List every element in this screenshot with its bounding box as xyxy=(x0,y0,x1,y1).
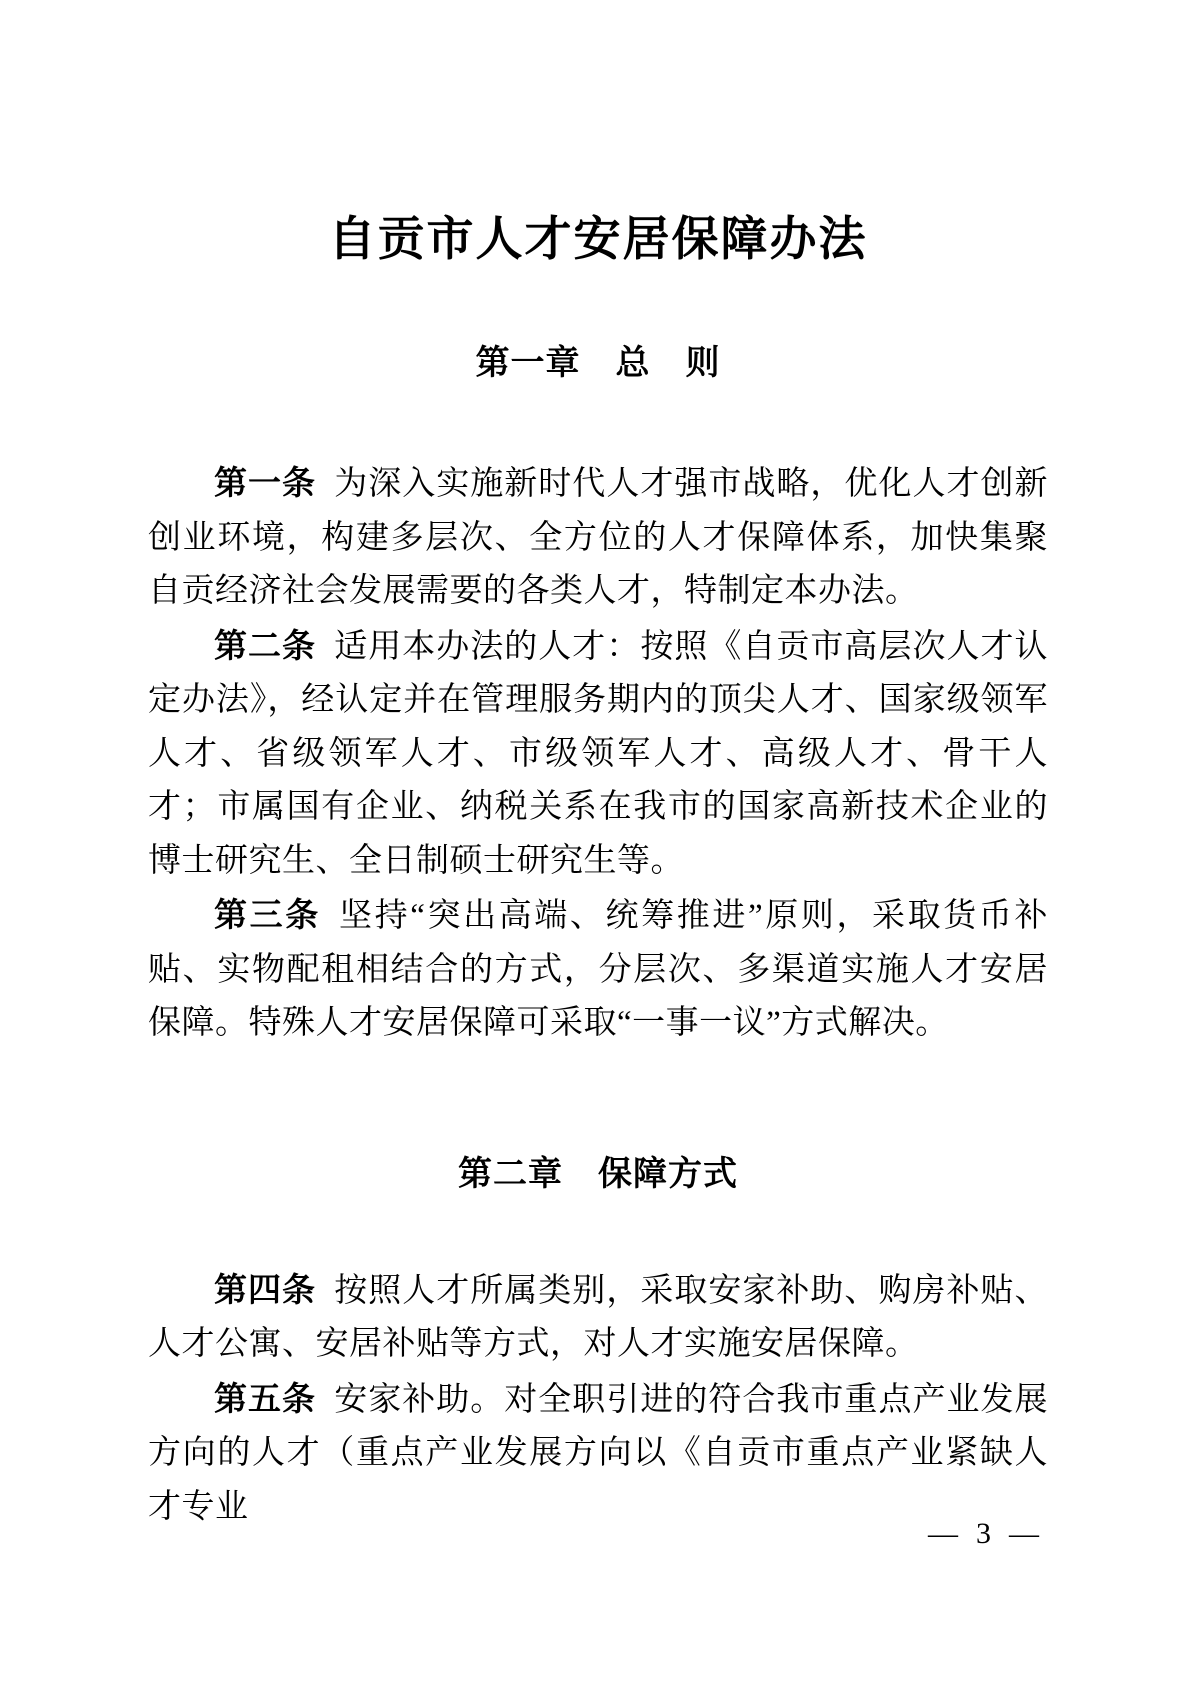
document-page: 自贡市人才安居保障办法 第一章 总 则 第一条为深入实施新时代人才强市战略，优化… xyxy=(0,0,1191,1684)
page-footer: —3— xyxy=(928,1516,1039,1552)
article-4-label: 第四条 xyxy=(214,1271,316,1308)
article-3: 第三条坚持“突出高端、统筹推进”原则，采取货币补贴、实物配租相结合的方式，分层次… xyxy=(148,888,1048,1051)
chapter-1-heading: 第一章 总 则 xyxy=(148,339,1048,387)
chapter-1-body: 第一条为深入实施新时代人才强市战略，优化人才创新创业环境，构建多层次、全方位的人… xyxy=(148,456,1048,1051)
footer-dash-right: — xyxy=(1009,1517,1039,1550)
article-2-text: 适用本办法的人才：按照《自贡市高层次人才认定办法》，经认定并在管理服务期内的顶尖… xyxy=(148,629,1048,879)
article-2-label: 第二条 xyxy=(214,627,316,664)
footer-dash-left: — xyxy=(928,1517,958,1550)
chapter-2-body: 第四条按照人才所属类别，采取安家补助、购房补贴、人才公寓、安居补贴等方式，对人才… xyxy=(148,1263,1048,1535)
article-1: 第一条为深入实施新时代人才强市战略，优化人才创新创业环境，构建多层次、全方位的人… xyxy=(148,456,1048,619)
chapter-2-heading: 第二章 保障方式 xyxy=(148,1150,1048,1198)
document-title: 自贡市人才安居保障办法 xyxy=(148,212,1048,268)
page-number: 3 xyxy=(976,1517,991,1550)
article-4: 第四条按照人才所属类别，采取安家补助、购房补贴、人才公寓、安居补贴等方式，对人才… xyxy=(148,1263,1048,1372)
article-1-label: 第一条 xyxy=(214,464,316,501)
article-5-label: 第五条 xyxy=(214,1380,316,1417)
article-5: 第五条安家补助。对全职引进的符合我市重点产业发展方向的人才（重点产业发展方向以《… xyxy=(148,1372,1048,1535)
article-2: 第二条适用本办法的人才：按照《自贡市高层次人才认定办法》，经认定并在管理服务期内… xyxy=(148,619,1048,889)
article-3-label: 第三条 xyxy=(214,896,321,933)
